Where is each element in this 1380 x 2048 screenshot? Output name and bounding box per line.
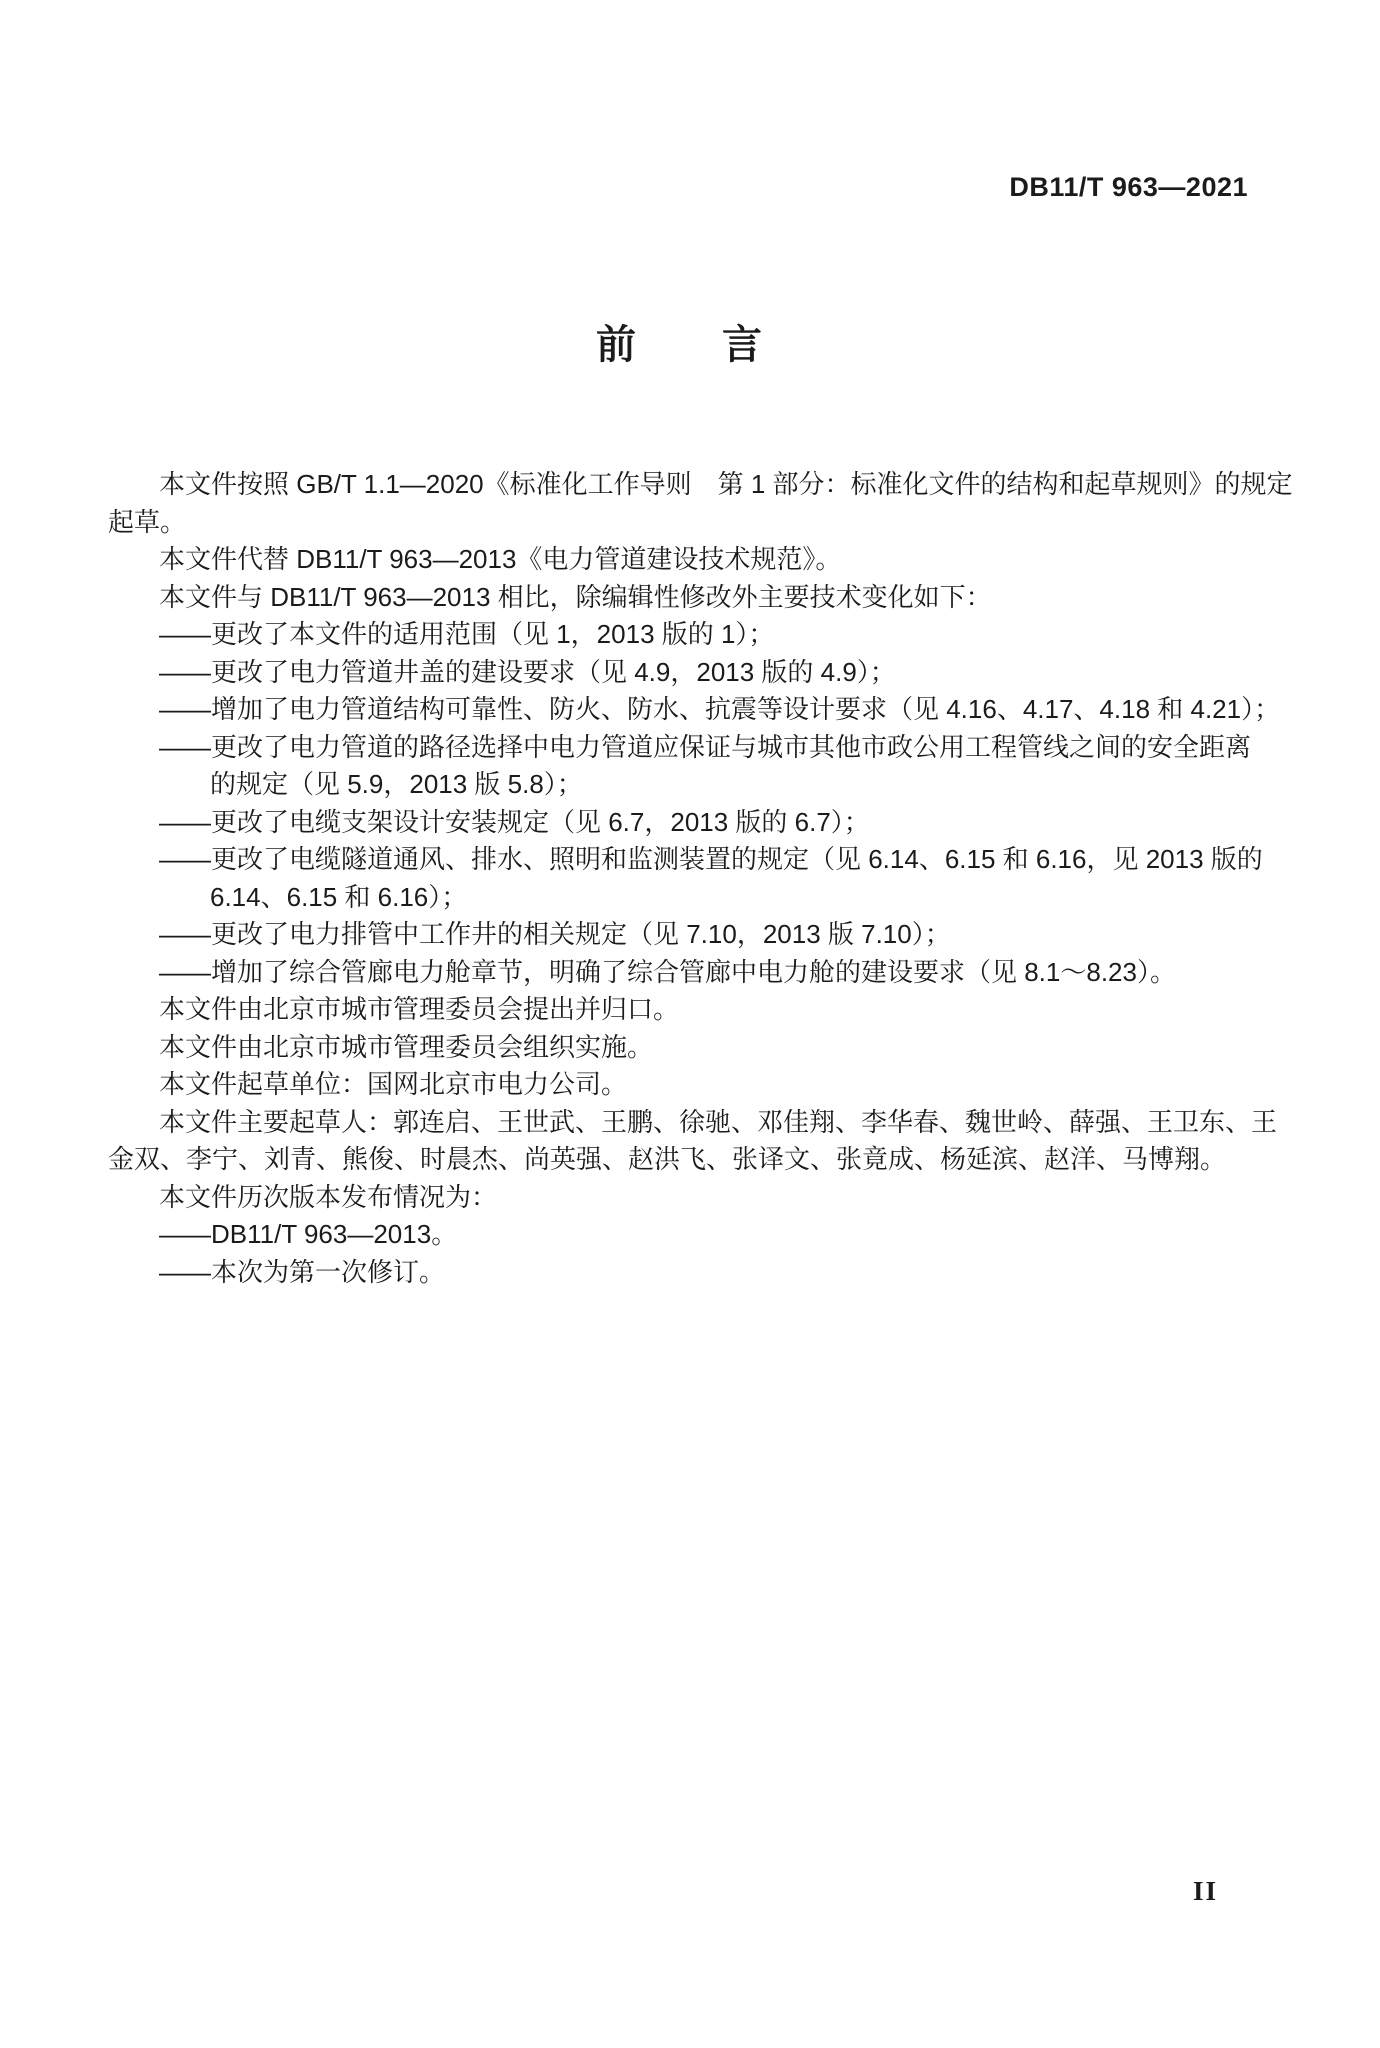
- body-line: 本文件按照 GB/T 1.1—2020《标准化工作导则 第 1 部分：标准化文件…: [108, 466, 1268, 504]
- body-line: ——DB11/T 963—2013。: [108, 1216, 1268, 1254]
- body-line: ——更改了电缆隧道通风、排水、照明和监测装置的规定（见 6.14、6.15 和 …: [108, 841, 1268, 879]
- body-line: 本文件主要起草人：郭连启、王世武、王鹏、徐驰、邓佳翔、李华春、魏世岭、薛强、王卫…: [108, 1104, 1268, 1142]
- body-line: ——更改了电力管道井盖的建设要求（见 4.9，2013 版的 4.9）；: [108, 654, 1268, 692]
- body-line: 本文件与 DB11/T 963—2013 相比，除编辑性修改外主要技术变化如下：: [108, 579, 1268, 617]
- body-line: ——更改了电力排管中工作井的相关规定（见 7.10，2013 版 7.10）；: [108, 916, 1268, 954]
- body-line: 本文件历次版本发布情况为：: [108, 1179, 1268, 1217]
- body-line: 金双、李宁、刘青、熊俊、时晨杰、尚英强、赵洪飞、张译文、张竟成、杨延滨、赵洋、马…: [108, 1141, 1268, 1179]
- page-title-char-left: 前: [596, 322, 636, 368]
- body-line: ——增加了综合管廊电力舱章节，明确了综合管廊中电力舱的建设要求（见 8.1～8.…: [108, 954, 1268, 992]
- body-line: ——更改了电缆支架设计安装规定（见 6.7，2013 版的 6.7）；: [108, 804, 1268, 842]
- body-line: ——更改了电力管道的路径选择中电力管道应保证与城市其他市政公用工程管线之间的安全…: [108, 729, 1268, 767]
- standard-number-header: DB11/T 963—2021: [1009, 172, 1248, 203]
- body-line: 本文件代替 DB11/T 963—2013《电力管道建设技术规范》。: [108, 541, 1268, 579]
- body-line: 6.14、6.15 和 6.16）；: [108, 879, 1268, 917]
- body-line: ——本次为第一次修订。: [108, 1254, 1268, 1292]
- foreword-body: 本文件按照 GB/T 1.1—2020《标准化工作导则 第 1 部分：标准化文件…: [108, 466, 1268, 1291]
- body-line: 本文件由北京市城市管理委员会组织实施。: [108, 1029, 1268, 1067]
- body-line: 本文件起草单位：国网北京市电力公司。: [108, 1066, 1268, 1104]
- page-title: 前 言: [108, 322, 1250, 368]
- body-line: 本文件由北京市城市管理委员会提出并归口。: [108, 991, 1268, 1029]
- body-line: ——更改了本文件的适用范围（见 1，2013 版的 1）；: [108, 616, 1268, 654]
- body-line: 的规定（见 5.9，2013 版 5.8）；: [108, 766, 1268, 804]
- document-page: DB11/T 963—2021 前 言 本文件按照 GB/T 1.1—2020《…: [0, 0, 1380, 2048]
- body-line: 起草。: [108, 504, 1268, 542]
- page-number: II: [1193, 1876, 1218, 1907]
- body-line: ——增加了电力管道结构可靠性、防火、防水、抗震等设计要求（见 4.16、4.17…: [108, 691, 1268, 729]
- page-title-char-right: 言: [722, 322, 762, 368]
